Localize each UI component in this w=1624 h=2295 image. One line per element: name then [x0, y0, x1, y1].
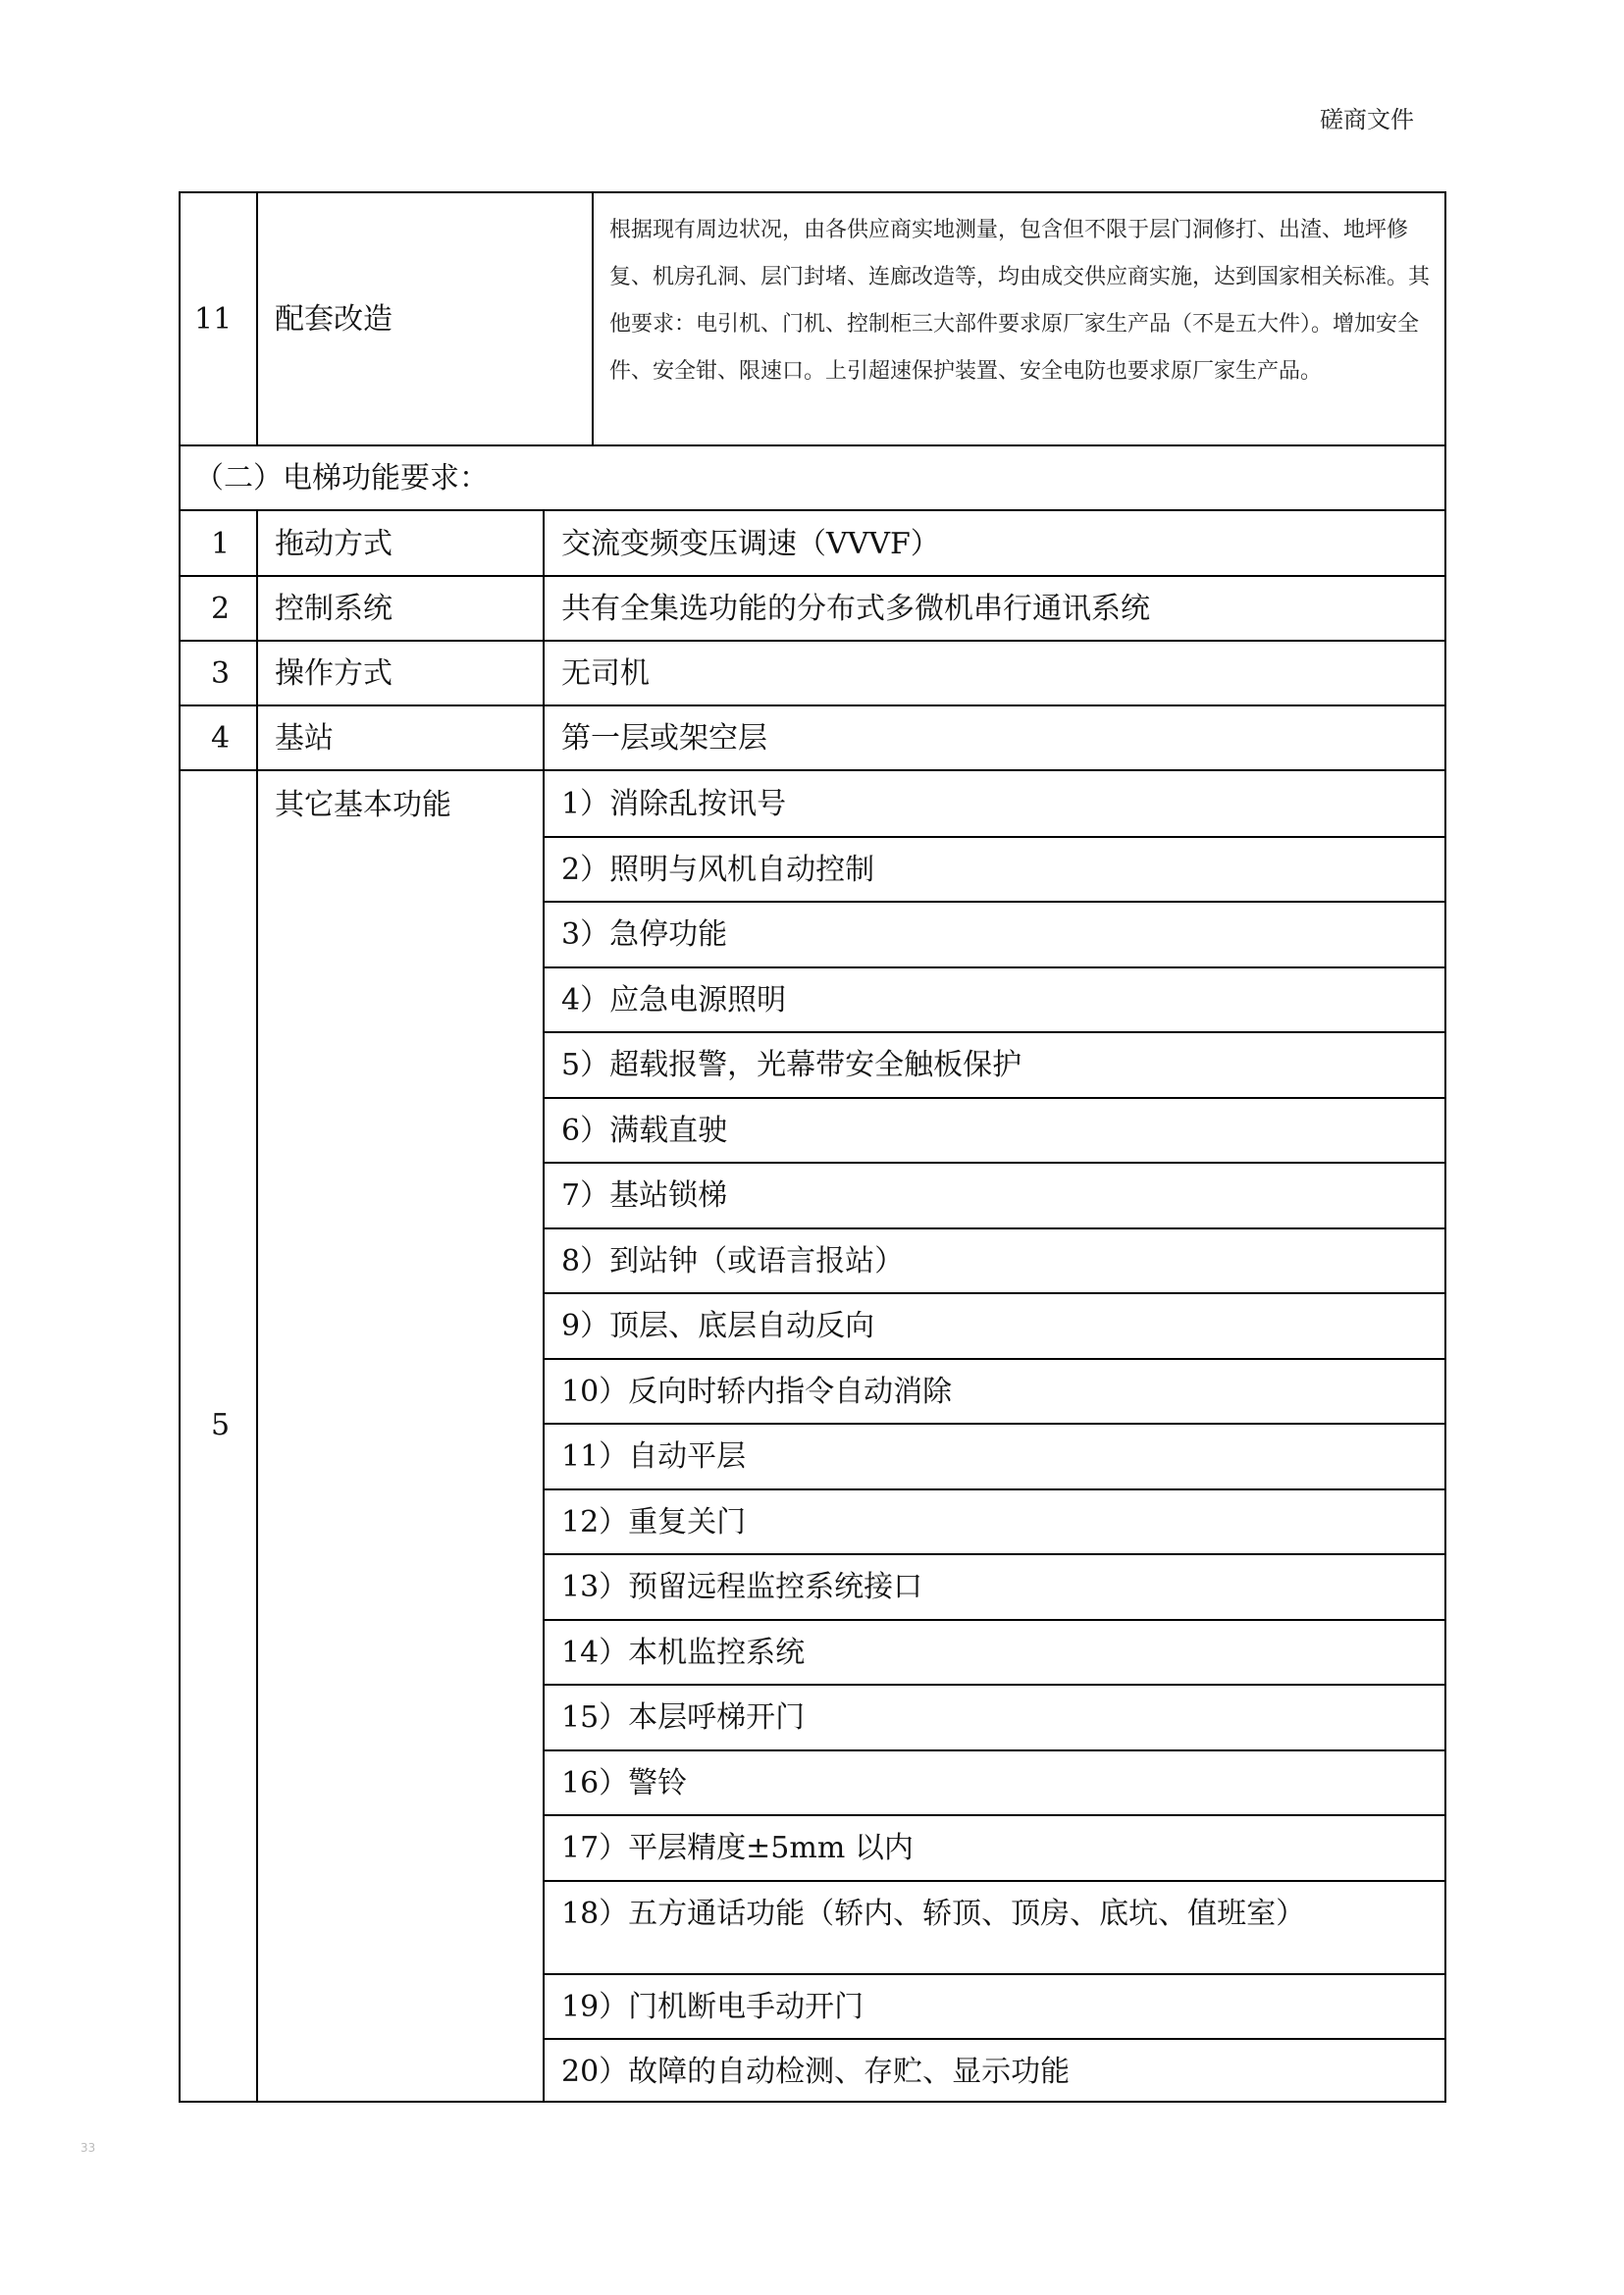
function-row-line: [543, 1227, 1446, 1229]
function-item: 17）平层精度±5mm 以内: [561, 1834, 914, 1863]
function-item: 8）到站钟（或语言报站）: [561, 1247, 904, 1277]
row11-index: 11: [194, 305, 232, 335]
row4-index: 4: [211, 724, 230, 754]
function-item: 12）重复关门: [561, 1508, 746, 1538]
function-row-line: [543, 1619, 1446, 1621]
function-row-line: [543, 1162, 1446, 1164]
function-row-line: [543, 901, 1446, 903]
function-row-line: [543, 1814, 1446, 1816]
row5-index: 5: [211, 1411, 230, 1440]
function-item: 4）应急电源照明: [561, 986, 786, 1016]
row2-item: 控制系统: [275, 595, 393, 624]
section-title: （二）电梯功能要求：: [194, 464, 489, 494]
function-item: 13）预留远程监控系统接口: [561, 1573, 922, 1602]
row1-item: 拖动方式: [275, 530, 393, 559]
row11-description: 根据现有周边状况，由各供应商实地测量，包含但不限于层门洞修打、出渣、地坪修复、机…: [609, 207, 1436, 395]
function-row-line: [543, 1358, 1446, 1360]
function-item: 9）顶层、底层自动反向: [561, 1312, 874, 1341]
function-item: 20）故障的自动检测、存贮、显示功能: [561, 2058, 1070, 2087]
function-item: 14）本机监控系统: [561, 1639, 805, 1668]
function-row-line: [543, 1880, 1446, 1882]
function-item: 2）照明与风机自动控制: [561, 856, 874, 885]
row2-value: 共有全集选功能的分布式多微机串行通讯系统: [561, 595, 1150, 624]
section-bottom-line: [179, 509, 1446, 511]
function-row-line: [543, 836, 1446, 838]
function-item: 7）基站锁梯: [561, 1181, 727, 1211]
table-border-top: [179, 191, 1446, 193]
table-border-bottom: [179, 2101, 1446, 2103]
function-item: 18）五方通话功能（轿内、轿顶、顶房、底坑、值班室）: [561, 1900, 1305, 1929]
table-border-left: [179, 191, 181, 2102]
function-item: 1）消除乱按讯号: [561, 790, 786, 819]
function-item: 15）本层呼梯开门: [561, 1703, 805, 1733]
col2-divider: [543, 510, 545, 2102]
function-row-line: [543, 1031, 1446, 1033]
function-item: 11）自动平层: [561, 1442, 746, 1472]
function-row-line: [543, 1749, 1446, 1751]
function-item: 16）警铃: [561, 1769, 687, 1799]
row3-index: 3: [211, 659, 230, 689]
row4-item: 基站: [275, 724, 334, 754]
row11-item: 配套改造: [275, 305, 393, 335]
function-row-line: [543, 2038, 1446, 2040]
row2-index: 2: [211, 595, 230, 624]
page-number: 33: [80, 2141, 95, 2155]
function-row-line: [543, 1488, 1446, 1490]
row-line: [179, 640, 1446, 642]
row1-value: 交流变频变压调速（VVVF）: [561, 530, 940, 559]
function-row-line: [543, 1292, 1446, 1294]
function-row-line: [543, 1423, 1446, 1425]
row3-item: 操作方式: [275, 659, 393, 689]
row1-index: 1: [211, 530, 230, 559]
row-line: [179, 769, 1446, 771]
row-line: [179, 575, 1446, 577]
row-line: [179, 704, 1446, 706]
function-item: 3）急停功能: [561, 920, 727, 950]
function-row-line: [543, 966, 1446, 968]
col1-divider: [256, 510, 258, 2102]
function-item: 5）超载报警，光幕带安全触板保护: [561, 1051, 1022, 1080]
row5-item: 其它基本功能: [275, 791, 451, 820]
document-header-label: 磋商文件: [1320, 100, 1414, 134]
function-row-line: [543, 1553, 1446, 1555]
function-item: 10）反向时轿内指令自动消除: [561, 1378, 952, 1407]
function-item: 6）满载直驶: [561, 1117, 727, 1146]
row4-value: 第一层或架空层: [561, 724, 767, 754]
row11-bottom-line: [179, 444, 1446, 446]
function-row-line: [543, 1097, 1446, 1099]
col1-divider-row11: [256, 191, 258, 445]
function-row-line: [543, 1973, 1446, 1975]
row3-value: 无司机: [561, 659, 650, 689]
function-item: 19）门机断电手动开门: [561, 1993, 864, 2022]
col2-divider-row11: [592, 191, 594, 445]
function-row-line: [543, 1684, 1446, 1686]
